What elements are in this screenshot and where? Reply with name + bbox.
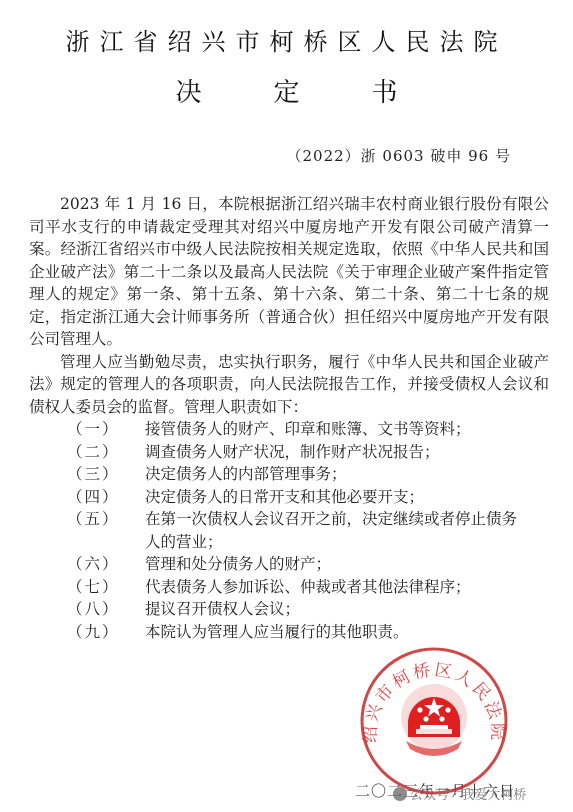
duty-number: （四）	[67, 486, 145, 509]
duty-item: （三）决定债务人的内部管理事务；	[29, 463, 549, 486]
duty-number: （八）	[67, 598, 145, 621]
duty-text: 本院认为管理人应当履行的其他职责。	[145, 621, 549, 644]
document-body: 2023 年 1 月 16 日，本院根据浙江绍兴瑞丰农村商业银行股份有限公司平水…	[29, 193, 549, 643]
duty-text: 接管债务人的财产、印章和账簿、文书等资料；	[145, 418, 549, 441]
duties-list: （一）接管债务人的财产、印章和账簿、文书等资料； （二）调查债务人财产状况，制作…	[29, 418, 549, 643]
duty-item: （五）在第一次债权人会议召开之前，决定继续或者停止债务人的营业；	[29, 508, 549, 553]
document-title: 决定书	[0, 72, 573, 109]
wechat-icon	[393, 787, 407, 801]
title-char: 定	[273, 72, 299, 109]
duty-number: （六）	[67, 553, 145, 576]
duty-number: （九）	[67, 621, 145, 644]
duty-text: 调查债务人财产状况，制作财产状况报告；	[145, 441, 549, 464]
duty-item: （七）代表债务人参加诉讼、仲裁或者其他法律程序；	[29, 576, 549, 599]
duty-text: 管理和处分债务人的财产；	[145, 553, 549, 576]
duty-text: 提议召开债权人会议；	[145, 598, 549, 621]
duty-item: （二）调查债务人财产状况，制作财产状况报告；	[29, 441, 549, 464]
duty-item: （四）决定债务人的日常开支和其他必要开支；	[29, 486, 549, 509]
duty-number: （七）	[67, 576, 145, 599]
duty-text: 在第一次债权人会议召开之前，决定继续或者停止债务人的营业；	[145, 508, 549, 553]
duty-item: （六）管理和处分债务人的财产；	[29, 553, 549, 576]
watermark: 公众号 · 我爱大柯桥	[393, 784, 526, 803]
case-number: （2022）浙 0603 破申 96 号	[286, 145, 511, 166]
duty-item: （九）本院认为管理人应当履行的其他职责。	[29, 621, 549, 644]
duty-number: （二）	[67, 441, 145, 464]
duty-number: （三）	[67, 463, 145, 486]
watermark-text: 公众号 · 我爱大柯桥	[410, 784, 526, 803]
duty-number: （一）	[67, 418, 145, 441]
duty-text: 代表债务人参加诉讼、仲裁或者其他法律程序；	[145, 576, 549, 599]
court-seal-icon: 绍兴市柯桥区人民法院	[358, 645, 510, 797]
court-name: 浙江省绍兴市柯桥区人民法院	[0, 22, 573, 57]
paragraph-duties-intro: 管理人应当勤勉尽责，忠实执行职务，履行《中华人民共和国企业破产法》规定的管理人的…	[29, 351, 549, 419]
duty-item: （八）提议召开债权人会议；	[29, 598, 549, 621]
title-char: 书	[372, 72, 398, 109]
duty-item: （一）接管债务人的财产、印章和账簿、文书等资料；	[29, 418, 549, 441]
duty-number: （五）	[67, 508, 145, 553]
duty-text: 决定债务人的日常开支和其他必要开支；	[145, 486, 549, 509]
paragraph-appointment: 2023 年 1 月 16 日，本院根据浙江绍兴瑞丰农村商业银行股份有限公司平水…	[29, 193, 549, 351]
duty-text: 决定债务人的内部管理事务；	[145, 463, 549, 486]
title-char: 决	[175, 72, 201, 109]
